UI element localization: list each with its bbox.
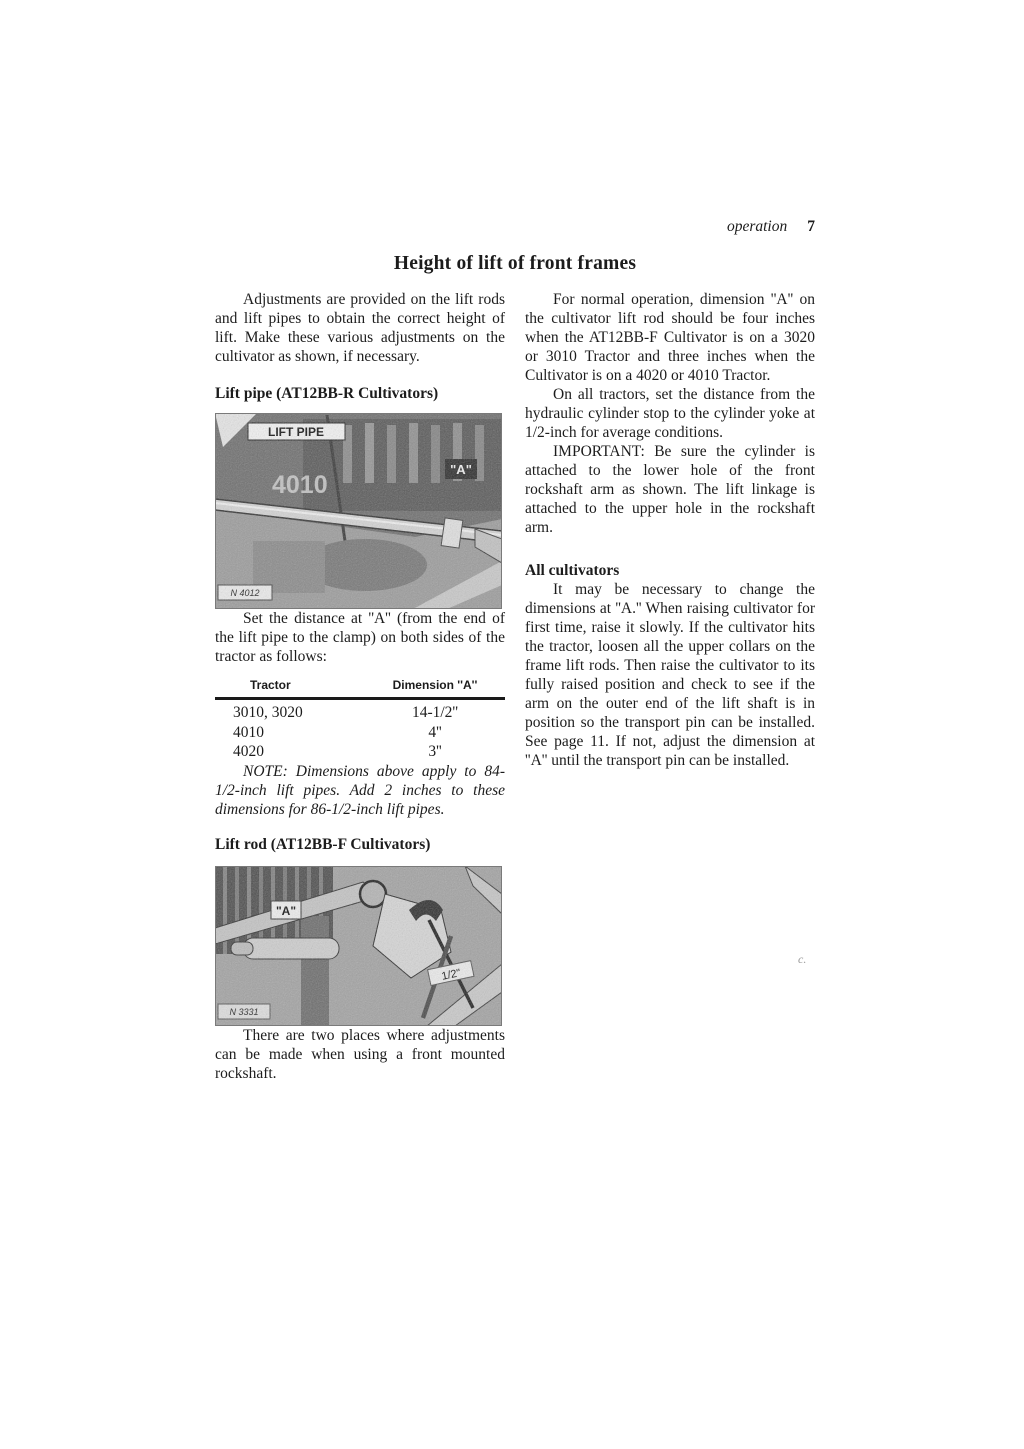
table-body: 3010, 3020 14-1/2'' 4010 4'' 4020 3'' [215, 703, 505, 762]
table-row: 4020 3'' [215, 742, 505, 762]
running-title: operation [727, 218, 787, 235]
table-header-dimension: Dimension ''A'' [365, 678, 505, 693]
cell-dimension: 4'' [365, 723, 505, 743]
left-column: Adjustments are provided on the lift rod… [215, 290, 505, 1083]
photo1-grain [215, 413, 502, 609]
cell-tractor: 4020 [215, 742, 365, 762]
two-column-layout: Adjustments are provided on the lift rod… [215, 290, 815, 1083]
table-header-tractor: Tractor [215, 678, 365, 693]
scan-artifact: c. [798, 952, 806, 967]
heading-all-cultivators: All cultivators [525, 561, 815, 580]
cell-dimension: 3'' [365, 742, 505, 762]
table-row: 3010, 3020 14-1/2'' [215, 703, 505, 723]
paragraph-on-all-tractors: On all tractors, set the distance from t… [525, 385, 815, 442]
cell-tractor: 3010, 3020 [215, 703, 365, 723]
right-column: For normal operation, dimension ''A'' on… [525, 290, 815, 1083]
paragraph-adjustments: Adjustments are provided on the lift rod… [215, 290, 505, 366]
dimension-table: Tractor Dimension ''A'' 3010, 3020 14-1/… [215, 678, 505, 762]
photo-lift-pipe: 4010 LIFT PIPE "A" N [215, 413, 502, 609]
photo2-grain [215, 866, 502, 1026]
manual-page: operation7 Height of lift of front frame… [0, 0, 1024, 1449]
page-number: 7 [807, 218, 815, 235]
paragraph-normal-operation: For normal operation, dimension ''A'' on… [525, 290, 815, 385]
table-header-row: Tractor Dimension ''A'' [215, 678, 505, 693]
cell-dimension: 14-1/2'' [365, 703, 505, 723]
heading-lift-rod: Lift rod (AT12BB-F Cultivators) [215, 835, 505, 854]
cell-tractor: 4010 [215, 723, 365, 743]
note-paragraph: NOTE: Dimensions above apply to 84-1/2-i… [215, 762, 505, 819]
paragraph-important: IMPORTANT: Be sure the cylinder is attac… [525, 442, 815, 537]
running-head: operation7 [215, 218, 815, 236]
caption-two-places: There are two places where adjustments c… [215, 1026, 505, 1083]
table-rule [215, 697, 505, 700]
photo-lift-rod: "A" 1/2" N 3331 [215, 866, 502, 1026]
page-title: Height of lift of front frames [215, 253, 815, 275]
caption-set-distance: Set the distance at ''A'' (from the end … [215, 609, 505, 666]
table-row: 4010 4'' [215, 723, 505, 743]
paragraph-change-dimensions: It may be necessary to change the dimens… [525, 580, 815, 770]
heading-lift-pipe: Lift pipe (AT12BB-R Cultivators) [215, 384, 505, 403]
